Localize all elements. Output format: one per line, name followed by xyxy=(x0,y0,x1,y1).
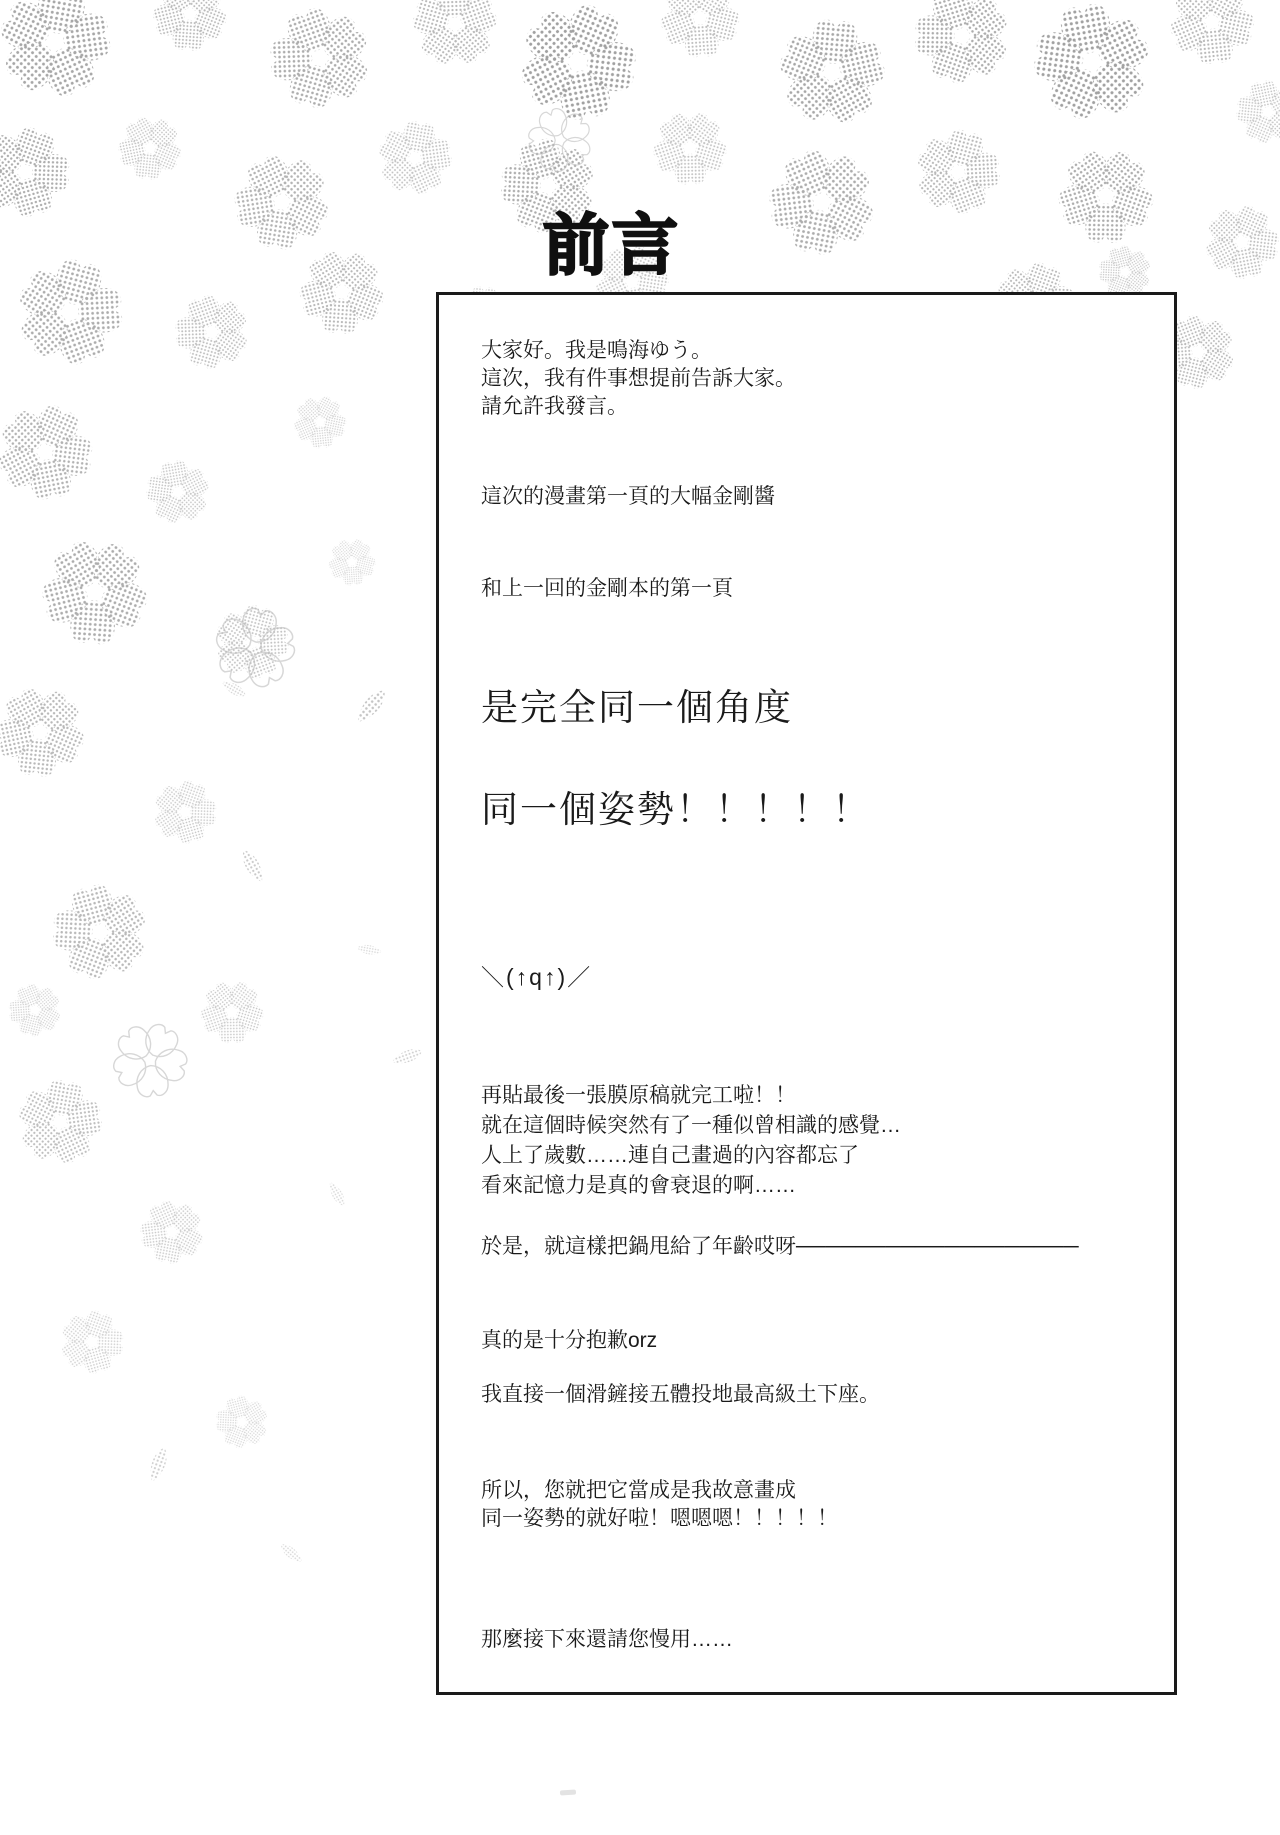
doujinshi-preface-page: 前言 大家好。我是鳴海ゆう。 這次，我有件事想提前告訴大家。 請允許我發言。 這… xyxy=(0,0,1280,1835)
statement-block-2: 和上一回的金剛本的第一頁 xyxy=(481,575,1154,603)
preface-line: 請允許我發言。 xyxy=(481,393,1154,421)
preface-line: 和上一回的金剛本的第一頁 xyxy=(481,575,1154,603)
dogeza-line: 我直接一個滑鏟接五體投地最高級土下座。 xyxy=(481,1381,1154,1409)
story-paragraph: 再貼最後一張膜原稿就完工啦！！ 就在這個時候突然有了一種似曾相識的感覺… 人上了… xyxy=(481,1081,1154,1201)
greeting-block: 大家好。我是鳴海ゆう。 這次，我有件事想提前告訴大家。 請允許我發言。 xyxy=(481,337,1154,421)
excuse-line-with-dash: 於是，就這樣把鍋甩給了年齡哎呀─────────────────── xyxy=(481,1233,1154,1261)
preface-line: 所以，您就把它當成是我故意畫成 xyxy=(481,1477,1154,1505)
preface-line: 真的是十分抱歉orz xyxy=(481,1327,1154,1355)
preface-line: 大家好。我是鳴海ゆう。 xyxy=(481,337,1154,365)
big-statement-2: 同一個姿勢！！！！！ xyxy=(481,789,1154,831)
preface-line: 於是，就這樣把鍋甩給了年齡哎呀─────────────────── xyxy=(481,1233,1154,1261)
preface-line: 我直接一個滑鏟接五體投地最高級土下座。 xyxy=(481,1381,1154,1409)
preface-line: 看來記憶力是真的會衰退的啊…… xyxy=(481,1171,1154,1201)
preface-line: 同一個姿勢！！！！！ xyxy=(481,789,1154,831)
kaomoji: ＼(↑q↑)／ xyxy=(481,963,1154,991)
preface-line: 人上了歲數……連自己畫過的內容都忘了 xyxy=(481,1141,1154,1171)
preface-line: 是完全同一個角度 xyxy=(481,687,1154,729)
big-statement-1: 是完全同一個角度 xyxy=(481,687,1154,729)
statement-block-1: 這次的漫畫第一頁的大幅金剛醬 xyxy=(481,483,1154,511)
conclusion-block: 所以，您就把它當成是我故意畫成 同一姿勢的就好啦！嗯嗯嗯！！！！！ xyxy=(481,1477,1154,1533)
apology-line: 真的是十分抱歉orz xyxy=(481,1327,1154,1355)
page-title: 前言 xyxy=(543,192,681,287)
preface-line: 再貼最後一張膜原稿就完工啦！！ xyxy=(481,1081,1154,1111)
preface-line: 那麼接下來還請您慢用…… xyxy=(481,1626,1154,1654)
preface-line: 這次的漫畫第一頁的大幅金剛醬 xyxy=(481,483,1154,511)
preface-line: ＼(↑q↑)／ xyxy=(481,963,1154,991)
preface-line: 就在這個時候突然有了一種似曾相識的感覺… xyxy=(481,1111,1154,1141)
preface-line: 這次，我有件事想提前告訴大家。 xyxy=(481,365,1154,393)
preface-text-panel: 大家好。我是鳴海ゆう。 這次，我有件事想提前告訴大家。 請允許我發言。 這次的漫… xyxy=(436,292,1177,1695)
closing-line: 那麼接下來還請您慢用…… xyxy=(481,1626,1154,1654)
preface-line: 同一姿勢的就好啦！嗯嗯嗯！！！！！ xyxy=(481,1505,1154,1533)
